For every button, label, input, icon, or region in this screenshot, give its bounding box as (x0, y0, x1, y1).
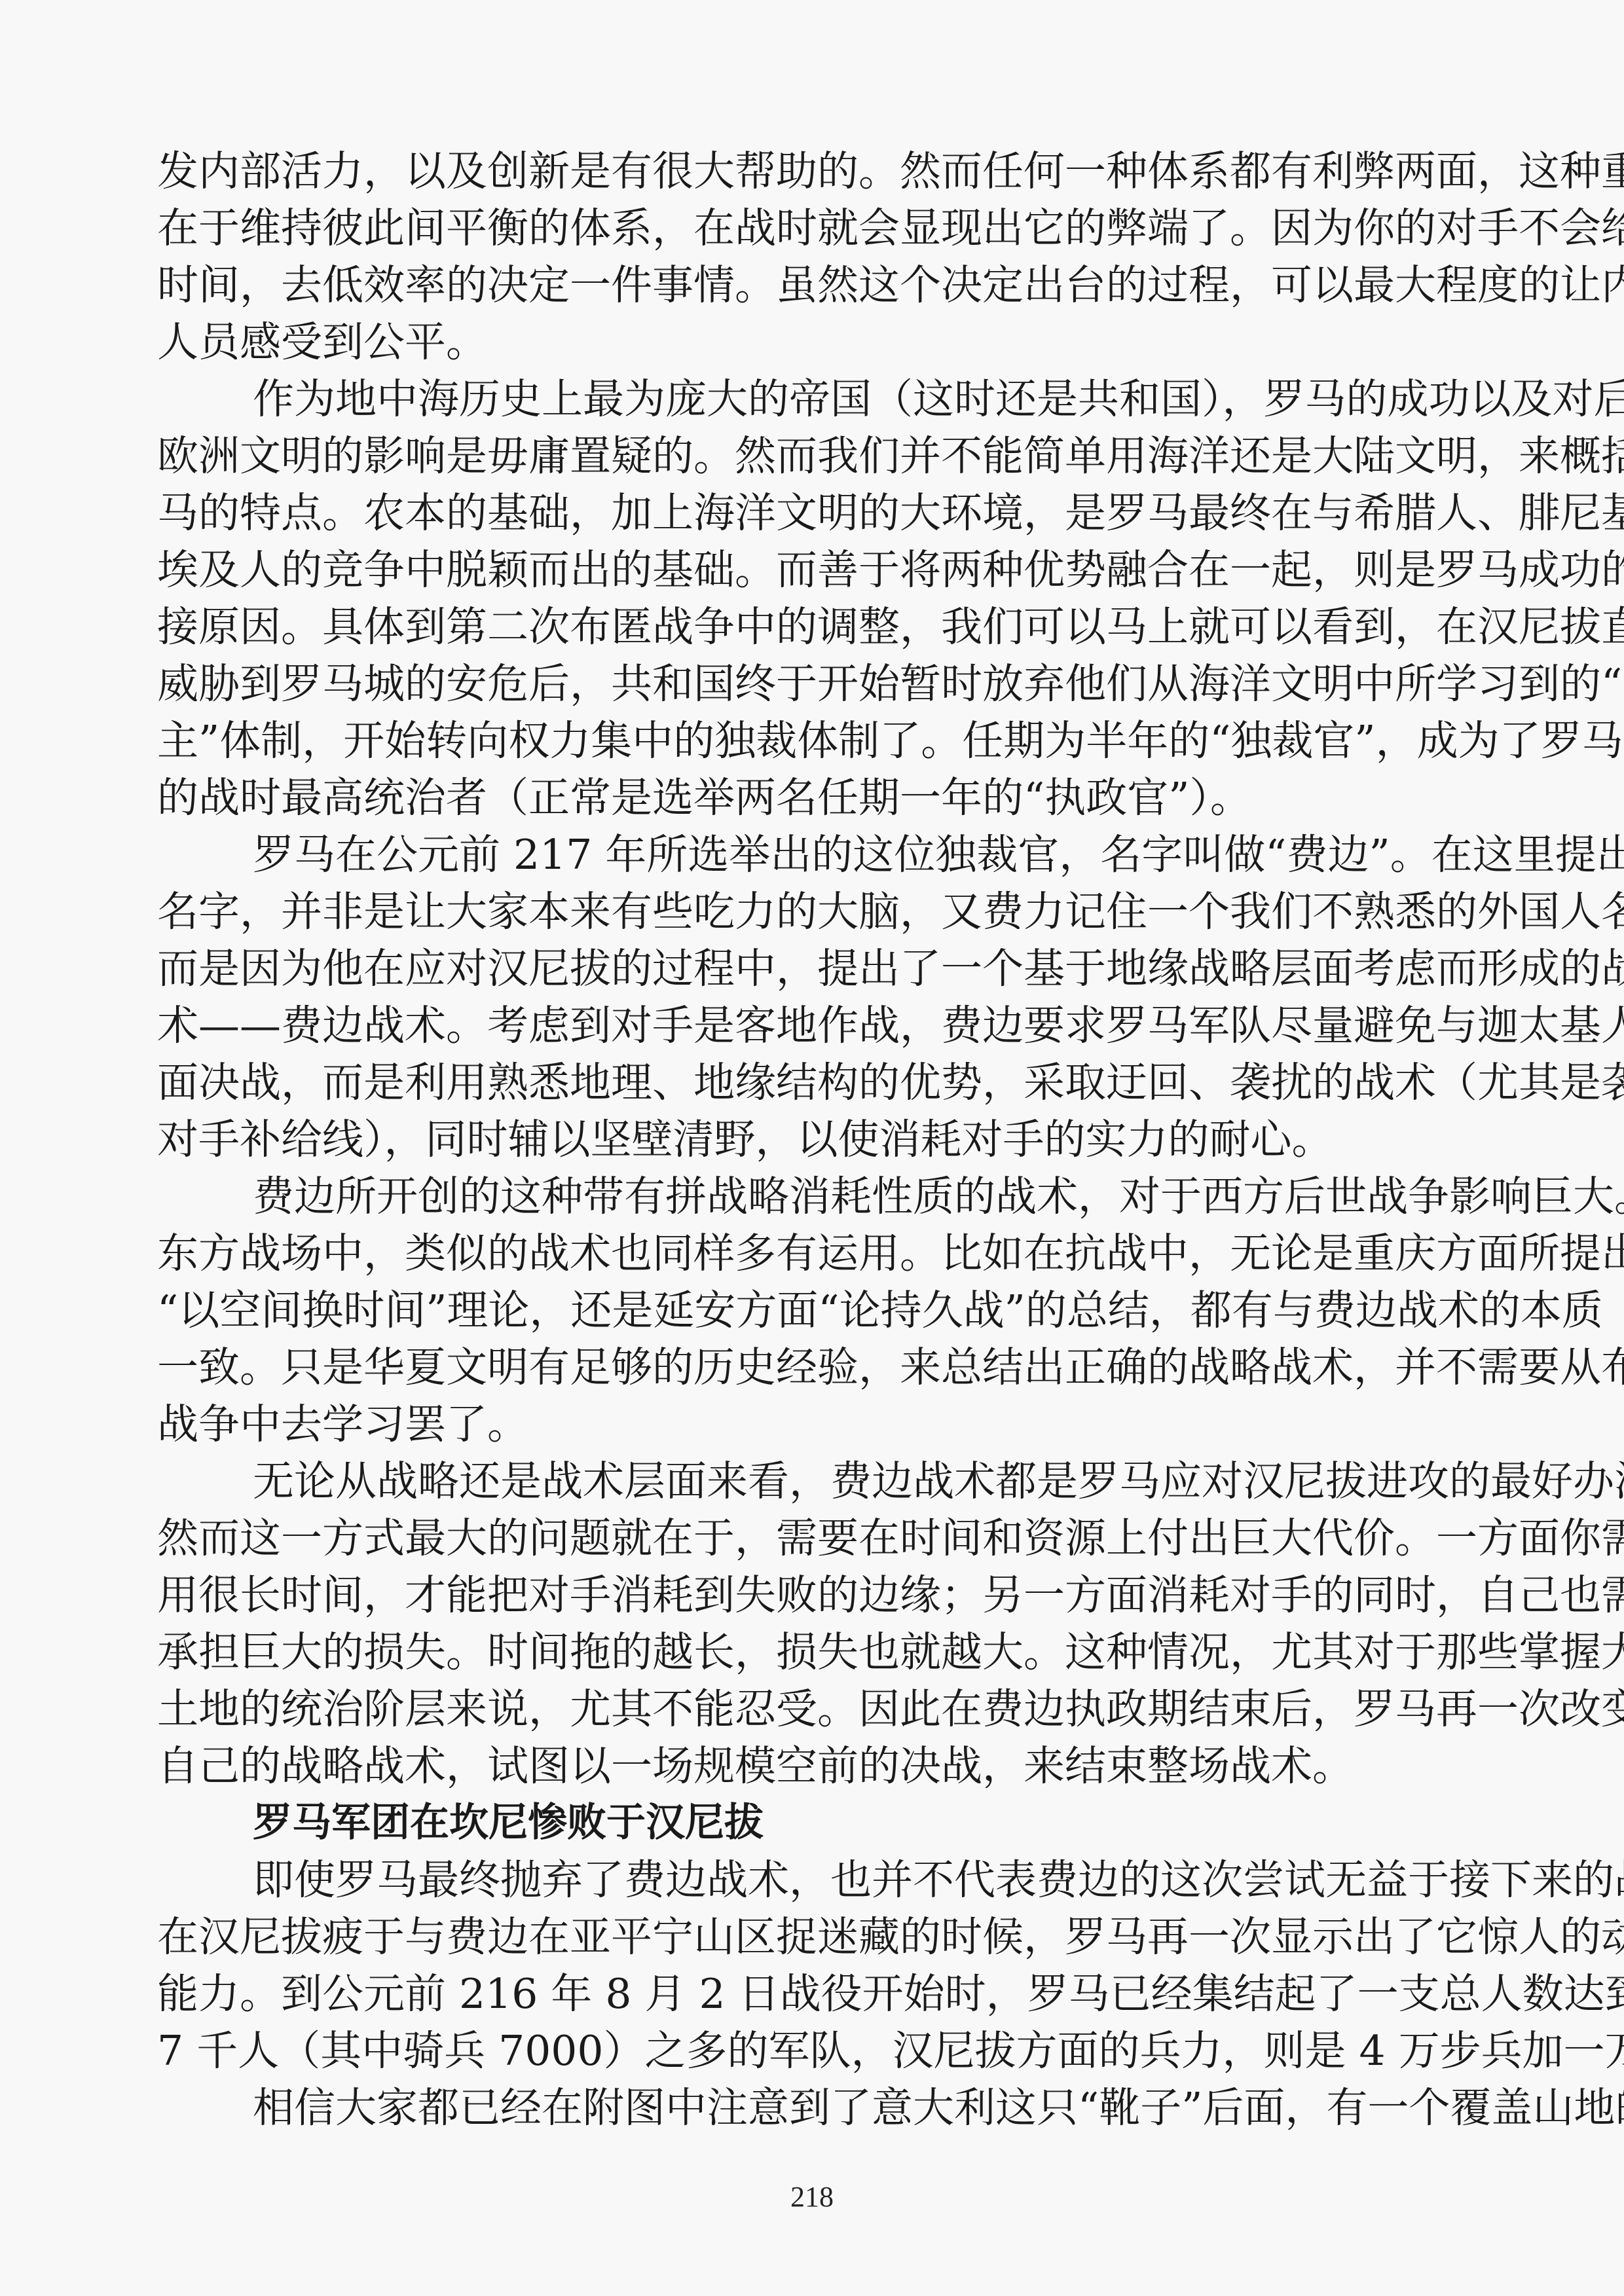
text-line: 一致。只是华夏文明有足够的历史经验，来总结出正确的战略战术，并不需要从布匿 (157, 1339, 1468, 1396)
text-line: 发内部活力，以及创新是有很大帮助的。然而任何一种体系都有利弊两面，这种重点 (157, 143, 1468, 200)
text-line: 而是因为他在应对汉尼拔的过程中，提出了一个基于地缘战略层面考虑而形成的战 (157, 940, 1468, 997)
section-heading: 罗马军团在坎尼惨败于汉尼拔 (157, 1795, 1468, 1851)
text-line: 土地的统治阶层来说，尤其不能忍受。因此在费边执政期结束后，罗马再一次改变了 (157, 1681, 1468, 1738)
text-line: 欧洲文明的影响是毋庸置疑的。然而我们并不能简单用海洋还是大陆文明，来概括罗 (157, 428, 1468, 484)
text-line: 承担巨大的损失。时间拖的越长，损失也就越大。这种情况，尤其对于那些掌握大量 (157, 1624, 1468, 1681)
page-body: 发内部活力，以及创新是有很大帮助的。然而任何一种体系都有利弊两面，这种重点在于维… (157, 143, 1468, 2136)
text-line: 名字，并非是让大家本来有些吃力的大脑，又费力记住一个我们不熟悉的外国人名， (157, 883, 1468, 940)
text-line: 即使罗马最终抛弃了费边战术，也并不代表费边的这次尝试无益于接下来的战事。 (157, 1851, 1468, 1908)
text-line: 的战时最高统治者（正常是选举两名任期一年的“执政官”）。 (157, 769, 1468, 826)
text-line: 时间，去低效率的决定一件事情。虽然这个决定出台的过程，可以最大程度的让内部 (157, 257, 1468, 314)
text-line: 用很长时间，才能把对手消耗到失败的边缘；另一方面消耗对手的同时，自己也需要 (157, 1567, 1468, 1624)
text-line: 东方战场中，类似的战术也同样多有运用。比如在抗战中，无论是重庆方面所提出的 (157, 1225, 1468, 1282)
text-line: 接原因。具体到第二次布匿战争中的调整，我们可以马上就可以看到，在汉尼拔直接 (157, 598, 1468, 655)
text-line: 费边所开创的这种带有拼战略消耗性质的战术，对于西方后世战争影响巨大。在 (157, 1168, 1468, 1225)
text-line: 战争中去学习罢了。 (157, 1396, 1468, 1453)
text-line: 面决战，而是利用熟悉地理、地缘结构的优势，采取迂回、袭扰的战术（尤其是袭扰 (157, 1054, 1468, 1111)
text-line: 罗马在公元前 217 年所选举出的这位独裁官，名字叫做“费边”。在这里提出他 (157, 826, 1468, 883)
text-line: 马的特点。农本的基础，加上海洋文明的大环境，是罗马最终在与希腊人、腓尼基人、 (157, 484, 1468, 541)
text-line: 作为地中海历史上最为庞大的帝国（这时还是共和国），罗马的成功以及对后世 (157, 371, 1468, 428)
text-line: 然而这一方式最大的问题就在于，需要在时间和资源上付出巨大代价。一方面你需要 (157, 1510, 1468, 1567)
text-line: 相信大家都已经在附图中注意到了意大利这只“靴子”后面，有一个覆盖山地的 (157, 2079, 1468, 2136)
text-line: 能力。到公元前 216 年 8 月 2 日战役开始时，罗马已经集结起了一支总人数… (157, 1965, 1468, 2022)
text-line: 无论从战略还是战术层面来看，费边战术都是罗马应对汉尼拔进攻的最好办法。 (157, 1453, 1468, 1510)
page-number: 218 (0, 2180, 1624, 2214)
text-line: 7 千人（其中骑兵 7000）之多的军队，汉尼拔方面的兵力，则是 4 万步兵加一… (157, 2022, 1468, 2079)
text-line: 自己的战略战术，试图以一场规模空前的决战，来结束整场战术。 (157, 1738, 1468, 1795)
text-line: “以空间换时间”理论，还是延安方面“论持久战”的总结，都有与费边战术的本质 (157, 1282, 1468, 1339)
text-line: 埃及人的竞争中脱颖而出的基础。而善于将两种优势融合在一起，则是罗马成功的直 (157, 541, 1468, 598)
text-line: 在于维持彼此间平衡的体系，在战时就会显现出它的弊端了。因为你的对手不会给你 (157, 200, 1468, 257)
text-line: 对手补给线），同时辅以坚壁清野，以使消耗对手的实力的耐心。 (157, 1111, 1468, 1168)
text-line: 主”体制，开始转向权力集中的独裁体制了。任期为半年的“独裁官”，成为了罗马 (157, 712, 1468, 769)
text-line: 人员感受到公平。 (157, 314, 1468, 371)
text-line: 在汉尼拔疲于与费边在亚平宁山区捉迷藏的时候，罗马再一次显示出了它惊人的动员 (157, 1908, 1468, 1965)
text-line: 威胁到罗马城的安危后，共和国终于开始暂时放弃他们从海洋文明中所学习到的“民 (157, 655, 1468, 712)
text-line: 术——费边战术。考虑到对手是客地作战，费边要求罗马军队尽量避免与迦太基人正 (157, 997, 1468, 1054)
